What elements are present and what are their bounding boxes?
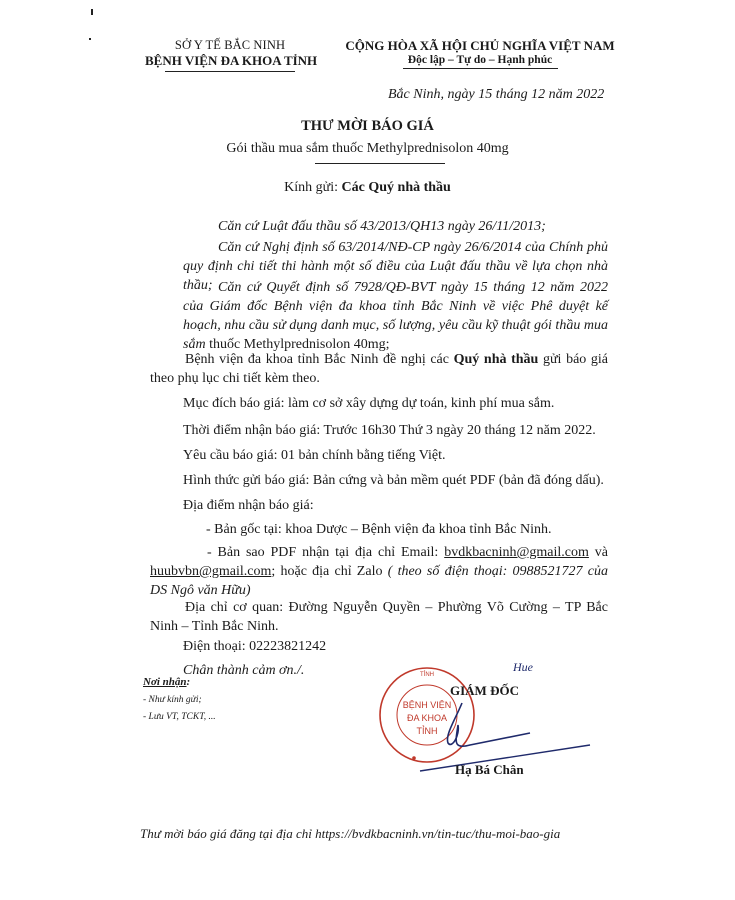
conjunction: và [589,545,608,560]
issuer-block: SỞ Y TẾ BẮC NINH BỆNH VIỆN ĐA KHOA TỈNH [145,38,315,72]
request-paragraph: Bệnh viện đa khoa tỉnh Bắc Ninh đề nghị … [150,350,608,388]
greeting-recipient: Các Quý nhà thầu [342,180,451,195]
email-link-1[interactable]: bvdkbacninh@gmail.com [444,545,589,560]
document-subtitle: Gói thầu mua sắm thuốc Methylprednisolon… [0,141,735,157]
zalo-prefix: ; hoặc địa chỉ Zalo [271,564,387,579]
subtitle-underline [315,163,445,164]
issuer-parent: SỞ Y TẾ BẮC NINH [145,38,315,53]
request-text: Bệnh viện đa khoa tỉnh Bắc Ninh đề nghị … [185,352,454,367]
location-copy-prefix: - Bản sao PDF nhận tại địa chỉ Email: [207,545,444,560]
greeting-prefix: Kính gửi: [284,180,341,195]
national-header: CỘNG HÒA XÃ HỘI CHỦ NGHĨA VIỆT NAM Độc l… [335,38,625,69]
publication-note: Thư mời báo giá đăng tại địa chỉ https:/… [140,826,560,842]
motto-underline [403,68,558,69]
detail-deadline: Thời điểm nhận báo giá: Trước 16h30 Thứ … [183,421,596,440]
detail-purpose: Mục đích báo giá: làm cơ sở xây dựng dự … [183,394,554,413]
request-recipient: Quý nhà thầu [454,352,539,367]
email-link-2[interactable]: huubvbn@gmail.com [150,564,271,579]
phone-number: Điện thoại: 02223821242 [183,637,326,656]
greeting: Kính gửi: Các Quý nhà thầu [0,180,735,196]
issuer-underline [165,71,295,72]
recipient-item: - Như kính gửi; [143,695,202,705]
recipients-label: Nơi nhận [143,676,187,688]
detail-location-heading: Địa điểm nhận báo giá: [183,496,314,515]
document-title: THƯ MỜI BÁO GIÁ [0,118,735,135]
location-original: - Bản gốc tại: khoa Dược – Bệnh viện đa … [206,520,551,539]
recipient-item: - Lưu VT, TCKT, ... [143,712,216,722]
location-copy: - Bản sao PDF nhận tại địa chỉ Email: bv… [150,543,608,600]
detail-requirement: Yêu cầu báo giá: 01 bản chính bằng tiếng… [183,446,446,465]
nation-title: CỘNG HÒA XÃ HỘI CHỦ NGHĨA VIỆT NAM [335,38,625,54]
closing-line: Chân thành cảm ơn./. [183,661,304,680]
recipients-title: Nơi nhận: [143,676,190,688]
stamp-arc-text: TỈNH [420,671,434,678]
motto: Độc lập – Tự do – Hạnh phúc [335,54,625,66]
office-address: Địa chỉ cơ quan: Đường Nguyễn Quyền – Ph… [150,598,608,636]
legal-basis-1: Căn cứ Luật đấu thầu số 43/2013/QH13 ngà… [218,217,546,236]
date-line: Bắc Ninh, ngày 15 tháng 12 năm 2022 [388,87,604,103]
scan-artifact [91,9,93,15]
recipients-colon: : [187,676,191,688]
issuer-name: BỆNH VIỆN ĐA KHOA TỈNH [145,53,315,69]
signatory-name: Hạ Bá Chân [455,762,524,778]
detail-format: Hình thức gửi báo giá: Bản cứng và bản m… [183,471,604,490]
scan-artifact [89,38,91,40]
approval-initial: Hue [513,660,533,675]
legal-basis-3: Căn cứ Quyết định số 7928/QĐ-BVT ngày 15… [183,278,608,354]
